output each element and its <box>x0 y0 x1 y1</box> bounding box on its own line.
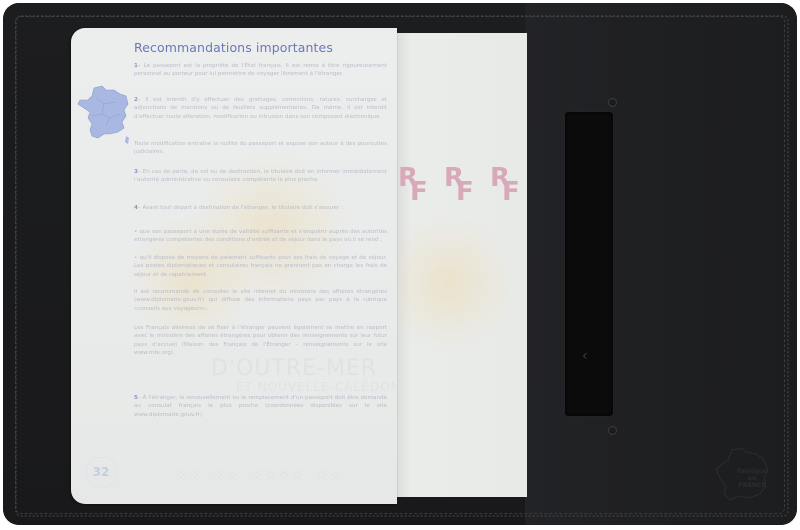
paragraph-4-expat: Les Français désireux de se fixer à l'ét… <box>134 324 387 358</box>
page-number: 32 <box>89 460 113 484</box>
page-stain <box>397 213 518 353</box>
paragraph-2b: Toute modification entraîne la nullité d… <box>134 140 387 157</box>
passport-page-left: Recommandations importantes 1– Le passep… <box>71 28 397 504</box>
rf-watermark-row: RF RF RF <box>398 163 527 223</box>
watermark-text-2: ET NOUVELLE-CALÉDONIE <box>236 380 397 394</box>
paragraph-4: 4– Avant tout départ à destination de l'… <box>134 204 387 212</box>
paragraph-2: 2– Il est interdit d'y effectuer des gra… <box>134 96 387 121</box>
watermark-text: D'OUTRE-MER <box>211 356 377 381</box>
paragraph-4-bullet-1: • que son passeport a une durée de valid… <box>134 228 387 245</box>
card-slot[interactable] <box>565 112 613 416</box>
rivet-top <box>608 98 617 107</box>
perforated-number: ⁘⁘ ⁘⁘ ⁘⁘⁘⁘ ⁘⁘ <box>175 468 344 484</box>
passport-page-right: RF RF RF <box>397 33 527 497</box>
paragraph-1: 1– Le passeport est la propriété de l'Ét… <box>134 62 387 79</box>
paragraph-5: 5– À l'étranger, le renouvellement ou le… <box>134 394 387 419</box>
france-map-icon <box>76 84 132 146</box>
arrow-left-icon: ‹ <box>582 348 588 364</box>
paragraph-3: 3– En cas de perte, de vol ou de destruc… <box>134 168 387 185</box>
paragraph-4-bullet-2: • qu'il dispose de moyens de paiement su… <box>134 254 387 279</box>
page-title: Recommandations importantes <box>134 40 333 55</box>
made-in-france-text: Fabriqué en FRANCE <box>730 468 774 489</box>
rivet-bottom <box>608 426 617 435</box>
paragraph-4-recommendation: Il est recommandé de consulter le site i… <box>134 288 387 313</box>
